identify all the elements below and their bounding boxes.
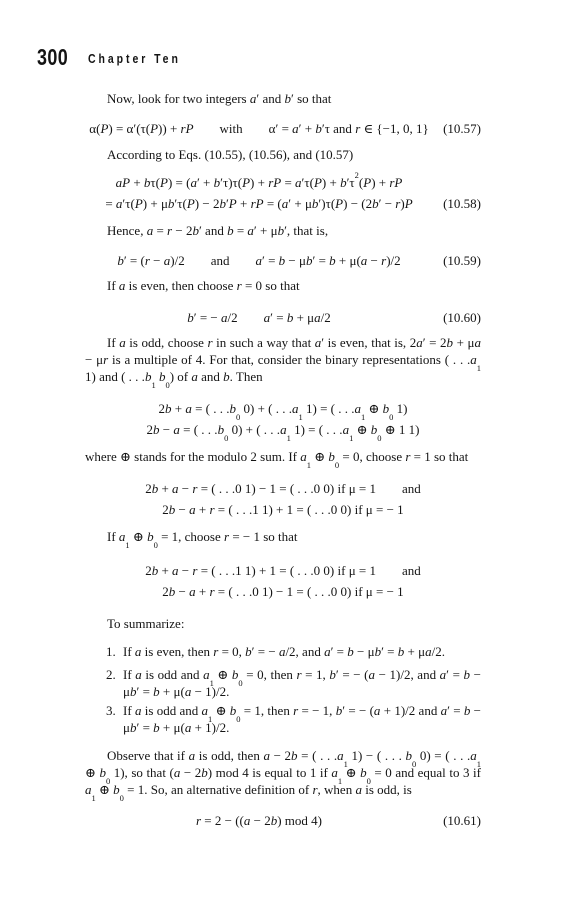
equation-line: 2b + a − r = ( . . .0 1) − 1 = ( . . .0 … (85, 478, 481, 499)
numbered-list: 1.If a is even, then r = 0, b′ = − a/2, … (85, 643, 481, 736)
chapter-header: Chapter Ten (88, 52, 181, 66)
equation-line: 2b − a = ( . . .b0 0) + ( . . .a1 1) = (… (85, 419, 481, 440)
paragraph: Observe that if a is odd, then a − 2b = … (85, 747, 481, 798)
display-equation: 2b + a − r = ( . . .1 1) + 1 = ( . . .0 … (85, 560, 481, 602)
paragraph: If a is even, then choose r = 0 so that (85, 277, 481, 294)
page-content: Now, look for two integers a′ and b′ so … (85, 88, 481, 831)
list-item-text: If a is even, then r = 0, b′ = − a/2, an… (123, 643, 481, 660)
equation-line: 2b − a + r = ( . . .0 1) − 1 = ( . . .0 … (85, 581, 481, 602)
display-equation: aP + bτ(P) = (a′ + b′τ)τ(P) + rP = a′τ(P… (85, 172, 481, 214)
equation-number: (10.59) (443, 250, 481, 271)
list-item-number: 2. (106, 666, 123, 700)
equation-line: = a′τ(P) + μb′τ(P) − 2b′P + rP = (a′ + μ… (85, 193, 481, 214)
display-equation: 2b + a = ( . . .b0 0) + ( . . .a1 1) = (… (85, 398, 481, 440)
paragraph: If a1 ⊕ b0 = 1, choose r = − 1 so that (85, 528, 481, 545)
list-item-number: 1. (106, 643, 123, 660)
equation-number: (10.61) (443, 810, 481, 831)
list-item: 3.If a is odd and a1 ⊕ b0 = 1, then r = … (85, 702, 481, 736)
page-number: 300 (37, 44, 68, 71)
paragraph: To summarize: (85, 615, 481, 632)
equation-number: (10.60) (443, 307, 481, 328)
paragraph: Hence, a = r − 2b′ and b = a′ + μb′, tha… (85, 222, 481, 239)
list-item: 1.If a is even, then r = 0, b′ = − a/2, … (85, 643, 481, 660)
equation-line: b′ = − a/2 a′ = b + μa/2 (85, 307, 481, 328)
equation-line: b′ = (r − a)/2 and a′ = b − μb′ = b + μ(… (85, 250, 481, 271)
display-equation: 2b + a − r = ( . . .0 1) − 1 = ( . . .0 … (85, 478, 481, 520)
list-item-number: 3. (106, 702, 123, 736)
paragraph: If a is odd, choose r in such a way that… (85, 334, 481, 385)
equation-line: 2b + a = ( . . .b0 0) + ( . . .a1 1) = (… (85, 398, 481, 419)
equation-line: α(P) = α′(τ(P)) + rP with α′ = a′ + b′τ … (85, 118, 481, 139)
equation-line: 2b − a + r = ( . . .1 1) + 1 = ( . . .0 … (85, 499, 481, 520)
paragraph: Now, look for two integers a′ and b′ so … (85, 90, 481, 107)
display-equation: b′ = − a/2 a′ = b + μa/2(10.60) (85, 307, 481, 328)
page: 300 Chapter Ten Now, look for two intege… (0, 0, 567, 900)
display-equation: α(P) = α′(τ(P)) + rP with α′ = a′ + b′τ … (85, 118, 481, 139)
paragraph: where ⊕ stands for the modulo 2 sum. If … (85, 448, 481, 465)
display-equation: r = 2 − ((a − 2b) mod 4)(10.61) (85, 810, 481, 831)
list-item-text: If a is odd and a1 ⊕ b0 = 1, then r = − … (123, 702, 481, 736)
display-equation: b′ = (r − a)/2 and a′ = b − μb′ = b + μ(… (85, 250, 481, 271)
equation-line: aP + bτ(P) = (a′ + b′τ)τ(P) + rP = a′τ(P… (85, 172, 481, 193)
equation-line: r = 2 − ((a − 2b) mod 4) (85, 810, 481, 831)
list-item: 2.If a is odd and a1 ⊕ b0 = 0, then r = … (85, 666, 481, 700)
list-item-text: If a is odd and a1 ⊕ b0 = 0, then r = 1,… (123, 666, 481, 700)
equation-number: (10.58) (443, 193, 481, 214)
equation-number: (10.57) (443, 118, 481, 139)
paragraph: According to Eqs. (10.55), (10.56), and … (85, 146, 481, 163)
equation-line: 2b + a − r = ( . . .1 1) + 1 = ( . . .0 … (85, 560, 481, 581)
